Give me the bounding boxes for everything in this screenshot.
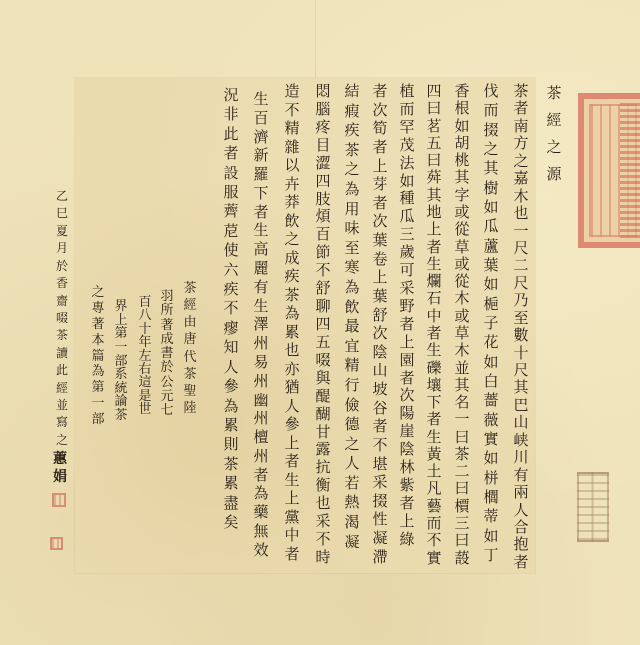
colophon-column-5: 之專著本篇為第一部: [89, 286, 107, 426]
faded-collector-seal: [577, 472, 609, 542]
colophon-column-1: 茶經由唐代茶聖陸: [181, 282, 199, 415]
artist-seal-1: [52, 493, 66, 507]
main-text-column-3: 香根如胡桃其字或從草或從木或草木並其名一曰茶二曰檟三曰蔎: [452, 84, 472, 566]
main-text-column-1: 茶者南方之嘉木也一尺二尺乃至數十尺其巴山峡川有兩人合抱者: [511, 84, 531, 570]
colophon-column-3: 百八十年左右這是世: [136, 296, 154, 416]
artist-signature: 蕙娟: [51, 452, 69, 484]
colophon-column-2: 羽所著成書於公元七: [158, 290, 176, 417]
main-text-column-10: 生百濟新羅下者生高麗有生澤州易州幽州檀州者為藥無效: [251, 92, 271, 558]
main-text-column-2: 伐而掇之其樹如瓜蘆葉如梔子花如白薔薇實如栟櫚蒂如丁: [481, 84, 501, 563]
main-text-column-6: 者次筍者上芽者次葉卷上葉舒次陰山坡谷者不堪采掇性凝滯: [370, 84, 390, 565]
artist-seal-2: [50, 537, 63, 550]
main-text-column-7: 結瘕疾茶之為用味至寒為飲最宜精行儉德之人若熱渴凝: [342, 84, 362, 550]
seal-character-block: [620, 103, 640, 238]
paper-fold-line: [315, 0, 316, 78]
main-text-column-8: 悶腦疼目澀四肢煩百節不舒聊四五啜與醍醐甘露抗衡也采不時: [313, 84, 333, 565]
colophon-column-4: 界上第一部系統論茶: [112, 300, 130, 422]
large-red-seal: [578, 93, 640, 248]
title: 茶經之源: [544, 86, 564, 182]
main-text-column-5: 植而罕茂法如種瓜三歲可采野者上園者次陽崖陰林紫者上綠: [397, 84, 417, 547]
main-text-column-4: 四曰茗五曰荈其地上者生爛石中者生礫壤下者生黃土凡藝而不實: [424, 84, 444, 566]
inscription-column: 乙巳夏月於香齋啜茶讀此經並寫之: [54, 190, 70, 446]
main-text-column-11: 況非此者設服薺苨使六疾不瘳知人參為累則茶累盡矣: [221, 88, 241, 530]
main-text-column-9: 造不精雜以卉莽飲之成疾茶為累也亦猶人參上者生上黨中者: [282, 84, 302, 562]
